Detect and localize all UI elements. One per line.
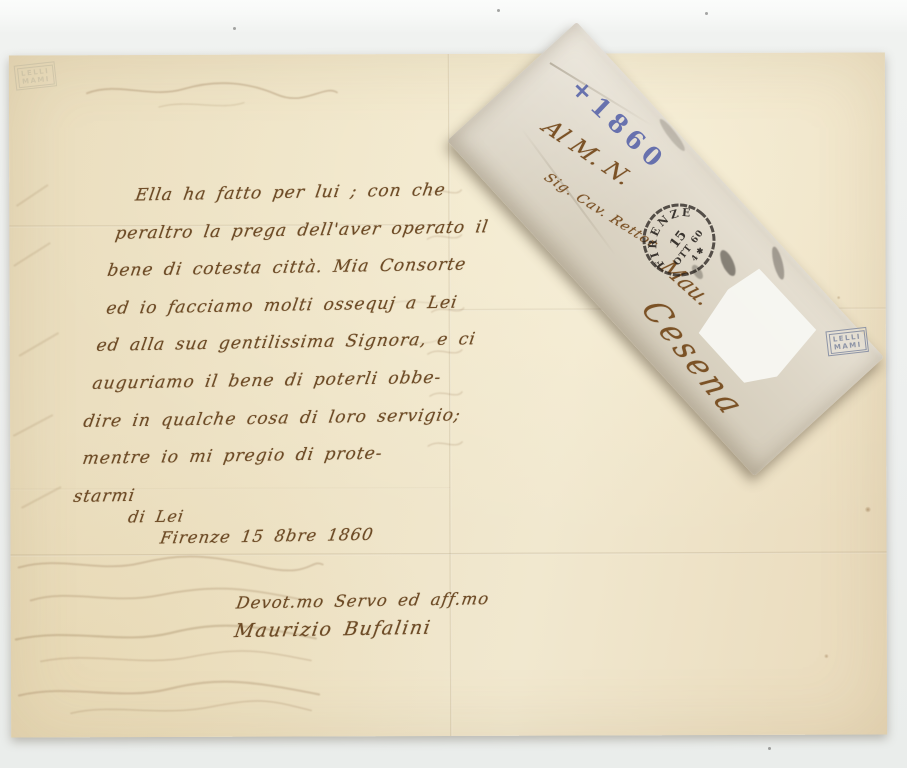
ink-smudge <box>770 246 787 281</box>
letter-line: dire in qualche cosa di loro servigio; <box>80 397 466 441</box>
photo-background: LELLI MAMI Ella ha fatto per lui ; <box>0 0 907 768</box>
dust-speck <box>233 27 236 30</box>
letter-line: bene di cotesta città. Mia Consorte <box>104 246 490 290</box>
letter-dateline: Firenze 15 8bre 1860 <box>159 525 375 548</box>
letter-signature: Maurizio Bufalini <box>233 617 433 642</box>
dust-speck <box>497 9 500 12</box>
dust-speck <box>768 747 771 750</box>
ink-smudge <box>717 248 739 278</box>
postmark-firenze: FIRENZE 15 OTT 60 4 ✱ <box>624 185 733 294</box>
letter-line: auguriamo il bene di poterli obbe- <box>86 359 472 403</box>
letter-line: starmi <box>69 472 455 516</box>
letter-body: Ella ha fatto per lui ; con che peraltro… <box>69 171 503 516</box>
dust-speck <box>705 12 708 15</box>
paper-stain <box>864 507 871 513</box>
collector-stamp-envelope: LELLI MAMI <box>825 327 869 357</box>
paper-stain <box>824 654 829 659</box>
letter-valediction: di Lei <box>127 507 186 527</box>
paper-stain <box>837 296 841 300</box>
